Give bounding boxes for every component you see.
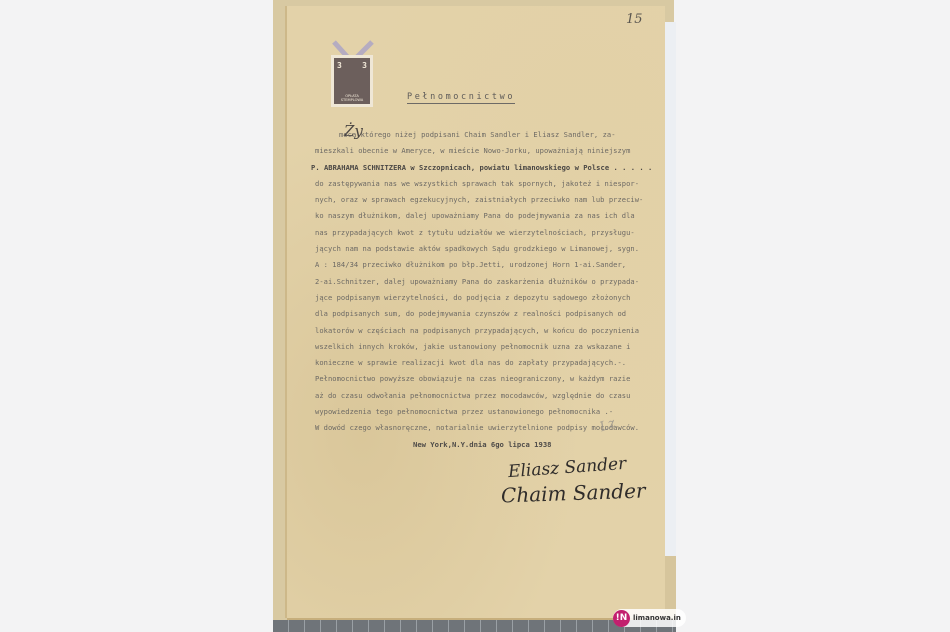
- document-body: mocą którego niżej podpisani Chaim Sandl…: [315, 127, 667, 437]
- body-line: wszelkich innych kroków, jakie ustanowio…: [315, 339, 667, 355]
- body-line: lokatorów w częściach na podpisanych prz…: [315, 323, 667, 339]
- document-title: Pełnomocnictwo: [407, 92, 515, 104]
- body-line: wypowiedzenia tego pełnomocnictwa przez …: [315, 404, 667, 420]
- body-line: mocą którego niżej podpisani Chaim Sandl…: [315, 127, 667, 143]
- body-line: dla podpisanych sum, do podejmywania czy…: [315, 306, 667, 322]
- body-line: aż do czasu odwołania pełnomocnictwa prz…: [315, 388, 667, 404]
- date-line: New York,N.Y.dnia 6go lipca 1938: [413, 440, 551, 449]
- body-line: konieczne w sprawie realizacji kwot dla …: [315, 355, 667, 371]
- stamp-value-right: 3: [362, 61, 367, 70]
- body-line: jących nam na podstawie aktów spadkowych…: [315, 241, 667, 257]
- revenue-stamp: 3 3 OPŁATA STEMPLOWA: [331, 55, 373, 107]
- body-line: jące podpisanym wierzytelności, do podję…: [315, 290, 667, 306]
- limanowa-logo-icon: !N: [613, 610, 630, 627]
- body-line: nych, oraz w sprawach egzekucyjnych, zai…: [315, 192, 667, 208]
- body-line: Pełnomocnictwo powyższe obowiązuje na cz…: [315, 371, 667, 387]
- body-line: A : 184/34 przeciwko dłużnikom po błp.Je…: [315, 257, 667, 273]
- body-line: ko naszym dłużnikom, dalej upoważniamy P…: [315, 208, 667, 224]
- page-number: 15: [626, 12, 643, 27]
- body-line: mieszkali obecnie w Ameryce, w mieście N…: [315, 143, 667, 159]
- watermark-text: limanowa.in: [633, 614, 681, 622]
- body-line: P. ABRAHAMA SCHNITZERA w Szczopnicach, p…: [311, 160, 667, 176]
- body-line: do zastępywania nas we wszystkich sprawa…: [315, 176, 667, 192]
- stamp-value-left: 3: [337, 61, 342, 70]
- body-line: nas przypadających kwot z tytułu udziałó…: [315, 225, 667, 241]
- body-line: 2-ai.Schnitzer, dalej upoważniamy Pana d…: [315, 274, 667, 290]
- watermark-logo[interactable]: !N limanowa.in: [613, 609, 686, 627]
- stamp-label: OPŁATA STEMPLOWA: [334, 94, 370, 102]
- signature-chaim-sander: Chaim Sander: [501, 478, 646, 507]
